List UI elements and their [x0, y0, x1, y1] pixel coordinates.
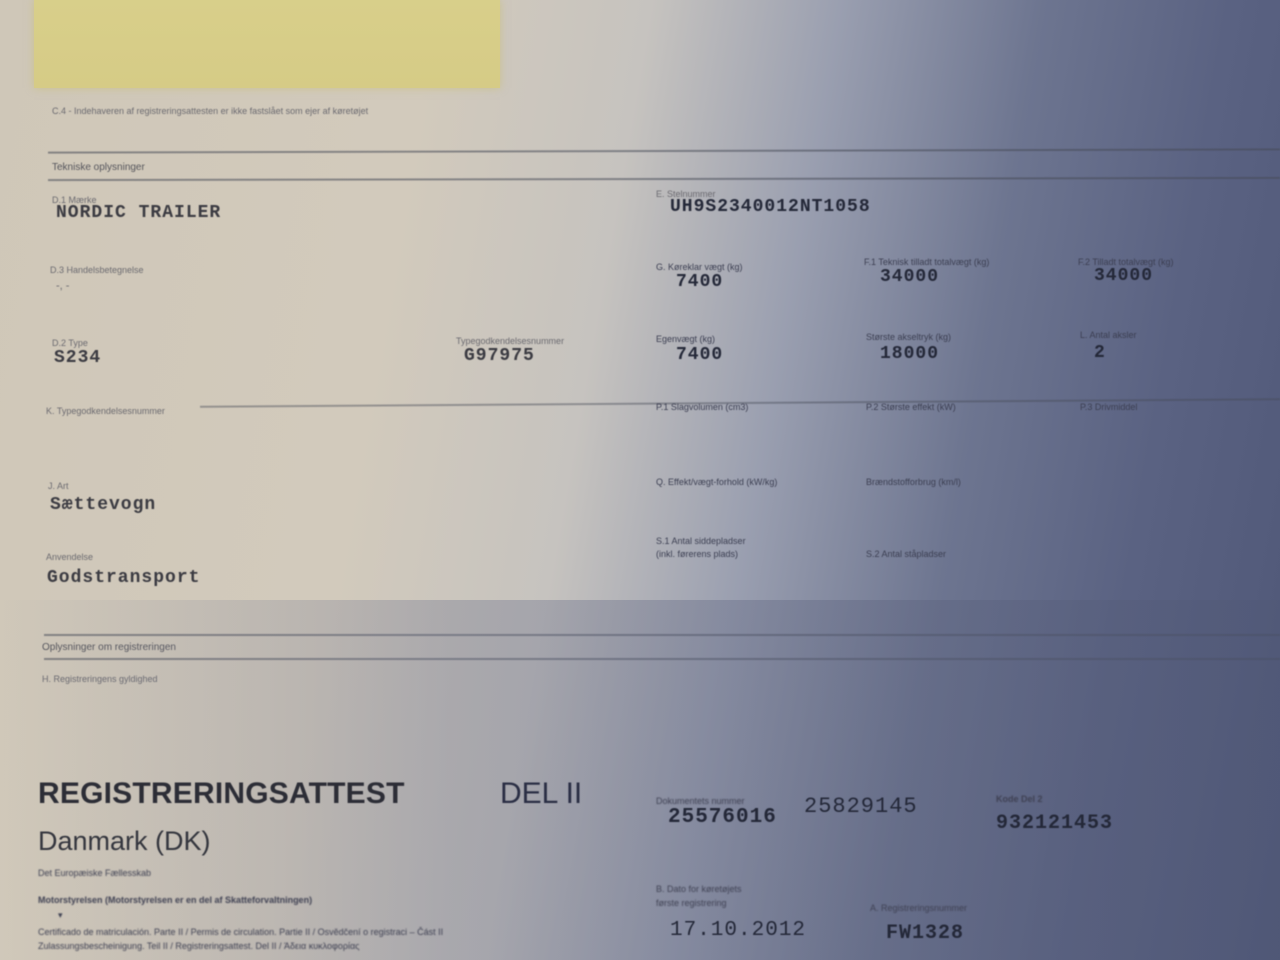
p3-label: P.3 Drivmiddel	[1080, 402, 1137, 412]
f1-weight-label: F.1 Teknisk tilladt totalvægt (kg)	[864, 257, 989, 267]
union-text: Det Europæiske Fællesskab	[38, 868, 151, 878]
doc-number-label: Dokumentets nummer	[656, 796, 745, 806]
doc-number-secondary: 25829145	[804, 794, 918, 819]
s1-label-line1: S.1 Antal siddepladser	[656, 536, 746, 546]
make-value: NORDIC TRAILER	[56, 203, 221, 223]
certificate-part: DEL II	[500, 777, 582, 811]
first-reg-label-line1: B. Dato for køretøjets	[656, 884, 742, 894]
running-weight-label: G. Køreklar vægt (kg)	[656, 262, 743, 272]
axles-value: 2	[1094, 343, 1106, 363]
trade-name-value: -, -	[56, 280, 69, 292]
reg-number: FW1328	[886, 922, 964, 945]
multilang-line-2: Zulassungsbescheinigung. Teil II / Regis…	[38, 941, 359, 951]
usage-value: Godstransport	[47, 568, 200, 588]
usage-label: Anvendelse	[46, 552, 93, 562]
own-weight-value: 7400	[676, 345, 723, 365]
section-technical-title: Tekniske oplysninger	[52, 162, 145, 173]
f2-weight-value: 34000	[1094, 266, 1153, 286]
first-reg-label-line2: første registrering	[656, 898, 727, 908]
country: Danmark (DK)	[38, 826, 211, 857]
reg-number-label: A. Registreringsnummer	[870, 903, 967, 913]
code-value: 932121453	[996, 812, 1113, 835]
divider	[48, 177, 1280, 181]
certificate-title: REGISTRERINGSATTEST	[38, 777, 405, 811]
own-weight-label: Egenvægt (kg)	[656, 334, 715, 344]
type-approval-label: Typegodkendelsesnummer	[456, 336, 564, 346]
divider	[44, 634, 1280, 636]
k-label: K. Typegodkendelsesnummer	[46, 406, 165, 416]
kind-value: Sættevogn	[50, 495, 156, 515]
running-weight-value: 7400	[676, 272, 723, 292]
q-label: Q. Effekt/vægt-forhold (kW/kg)	[656, 477, 777, 487]
code-label: Kode Del 2	[996, 794, 1043, 804]
divider	[44, 658, 1280, 660]
max-axle-value: 18000	[880, 344, 939, 364]
multilang-line-1: Certificado de matriculación. Parte II /…	[38, 927, 443, 937]
emblem-icon: ▾	[58, 910, 63, 921]
p1-label: P.1 Slagvolumen (cm3)	[656, 402, 748, 412]
max-axle-label: Største akseltryk (kg)	[866, 332, 951, 342]
s2-label: S.2 Antal ståpladser	[866, 549, 946, 559]
owner-note: C.4 - Indehaveren af registreringsattest…	[52, 106, 368, 116]
type-value: S234	[54, 348, 101, 368]
kind-label: J. Art	[48, 481, 69, 491]
section-registration-title: Oplysninger om registreringen	[42, 642, 176, 653]
validity-label: H. Registreringens gyldighed	[42, 674, 158, 684]
doc-number: 25576016	[668, 806, 777, 829]
f1-weight-value: 34000	[880, 267, 939, 287]
type-label: D.2 Type	[52, 338, 88, 348]
authority-text: Motorstyrelsen (Motorstyrelsen er en del…	[38, 895, 312, 905]
s1-label-line2: (inkl. førerens plads)	[656, 549, 738, 559]
fuel-label: Brændstofforbrug (km/l)	[866, 477, 961, 487]
first-reg-date: 17.10.2012	[670, 919, 806, 942]
vin-value: UH9S2340012NT1058	[670, 197, 871, 217]
type-approval-value: G97975	[464, 346, 535, 366]
p2-label: P.2 Største effekt (kW)	[866, 402, 956, 412]
axles-label: L. Antal aksler	[1080, 330, 1137, 340]
yellow-stamp-area	[34, 0, 500, 88]
trade-name-label: D.3 Handelsbetegnelse	[50, 265, 144, 275]
divider	[48, 148, 1280, 153]
